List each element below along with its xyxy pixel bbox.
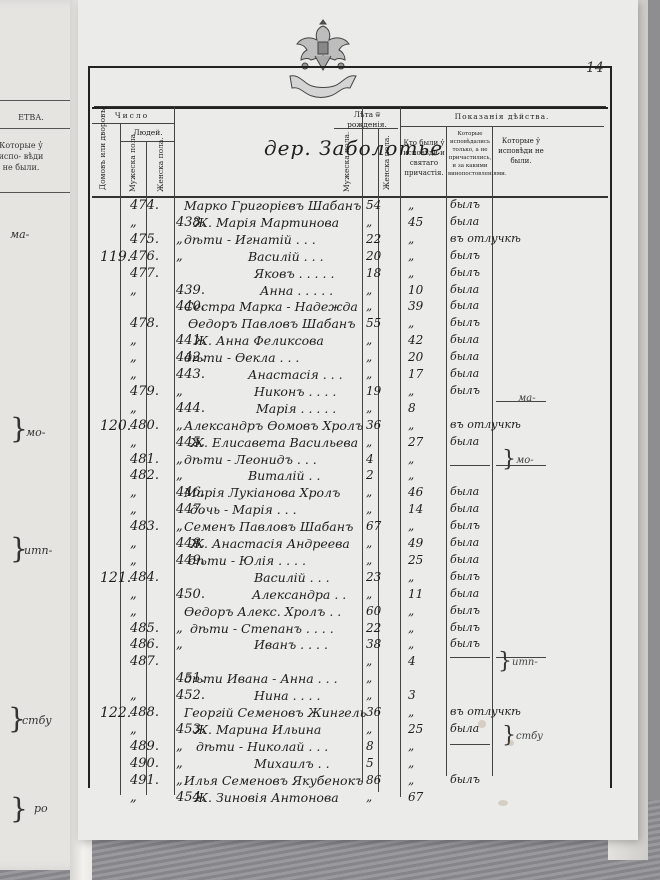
register-row: 119. 476. „ Василій . . . 20 „ былъ xyxy=(78,249,638,267)
register-row: 451. дѣти Ивана - Анна . . . „ xyxy=(78,671,638,689)
age-female: 17 xyxy=(408,367,423,381)
register-row: „ 441. Ж. Анна Феликсова „ 42 была xyxy=(78,333,638,351)
age-male: „ xyxy=(366,671,372,685)
age-male: 54 xyxy=(366,198,381,212)
left-page-header-top: ЕТВА. xyxy=(0,112,66,123)
male-count: „ xyxy=(130,333,137,348)
age-male: 86 xyxy=(366,773,381,787)
confession-status: былъ xyxy=(450,621,480,634)
age-female: „ xyxy=(408,316,414,330)
house-number: 120. xyxy=(100,418,131,434)
paper-stain xyxy=(478,720,486,728)
age-male: 55 xyxy=(366,316,381,330)
confession-status: былъ xyxy=(450,384,480,397)
male-count: 480. xyxy=(130,418,159,433)
register-row: 440. Сестра Марка - Надежда „ 39 была xyxy=(78,299,638,317)
right-margin-note: итп- xyxy=(512,657,538,668)
age-male: 5 xyxy=(366,756,374,770)
person-name: Анна . . . . . xyxy=(260,283,333,298)
age-male: „ xyxy=(366,587,372,601)
age-female: „ xyxy=(408,266,414,280)
female-count: „ xyxy=(176,519,183,534)
header-not-confessed: Которые у̓ исповѣди не были. xyxy=(498,136,544,166)
register-row: 479. „ Никонъ . . . . 19 „ былъ xyxy=(78,384,638,402)
left-margin-note: мо- xyxy=(26,426,45,439)
male-count: „ xyxy=(130,502,137,517)
person-name: Михаилъ . . xyxy=(254,756,330,771)
confession-status: былъ xyxy=(450,773,480,786)
age-female: „ xyxy=(408,621,414,635)
register-row: 483. „ Семенъ Павловъ Шабанъ 67 „ былъ xyxy=(78,519,638,537)
age-male: „ xyxy=(366,401,372,415)
female-count: „ xyxy=(176,637,183,652)
age-male: 36 xyxy=(366,418,381,432)
male-count: „ xyxy=(130,350,137,365)
register-row: 474. Марко Григорієвъ Шабанъ 54 „ былъ xyxy=(78,198,638,216)
age-male: 38 xyxy=(366,637,381,651)
person-name: Өедоръ Алекс. Хролъ . . xyxy=(184,604,341,619)
confession-status: былъ xyxy=(450,604,480,617)
male-count: 488. xyxy=(130,705,159,720)
house-number: 122. xyxy=(100,705,131,721)
male-count: 485. xyxy=(130,621,159,636)
age-female: 67 xyxy=(408,790,423,804)
male-count: 478. xyxy=(130,316,159,331)
register-row: 120. 480. „ Александръ Өомовъ Хролъ 36 „… xyxy=(78,418,638,436)
header-rule xyxy=(400,126,604,127)
register-row: „ 450. Александра . . „ 11 была xyxy=(78,587,638,605)
right-margin-note: ма- xyxy=(518,393,536,404)
age-male: 18 xyxy=(366,266,381,280)
confession-status: была xyxy=(450,215,479,228)
person-name: Илья Семеновъ Якубенокъ xyxy=(184,773,363,788)
confession-status: въ отлучкѣ xyxy=(450,705,521,718)
confession-status: была xyxy=(450,333,479,346)
male-count: 484. xyxy=(130,570,159,585)
right-margin-note: стбу xyxy=(516,731,543,742)
female-count: 450. xyxy=(176,587,205,602)
age-female: „ xyxy=(408,418,414,432)
male-count: 483. xyxy=(130,519,159,534)
male-count: 490. xyxy=(130,756,159,771)
register-row: 478. Өедоръ Павловъ Шабанъ 55 „ былъ xyxy=(78,316,638,334)
male-count: 486. xyxy=(130,637,159,652)
person-name: Ж. Елисавета Васильева xyxy=(190,435,358,450)
register-row: „ 448. Ж. Анастасія Андреева „ 49 была xyxy=(78,536,638,554)
person-name: Яковъ . . . . . xyxy=(254,266,334,281)
female-count: 443. xyxy=(176,367,205,382)
person-name: Ж. Анастасія Андреева xyxy=(190,536,350,551)
female-count: „ xyxy=(176,384,183,399)
person-name: Сестра Марка - Надежда xyxy=(184,299,358,314)
person-name: Өедоръ Павловъ Шабанъ xyxy=(188,316,355,331)
female-count: „ xyxy=(176,756,183,771)
left-page-rule xyxy=(0,100,75,101)
male-count: 475. xyxy=(130,232,159,247)
person-name: Василій . . . xyxy=(248,249,324,264)
confession-status: была xyxy=(450,722,479,735)
register-row: „ 443. Анастасія . . . „ 17 была xyxy=(78,367,638,385)
person-name: Никонъ . . . . xyxy=(254,384,336,399)
age-male: „ xyxy=(366,435,372,449)
house-number: 119. xyxy=(100,249,131,265)
male-count: „ xyxy=(130,553,137,568)
age-female: 42 xyxy=(408,333,423,347)
age-male: 2 xyxy=(366,468,374,482)
female-count: „ xyxy=(176,232,183,247)
female-count: 439. xyxy=(176,283,205,298)
age-male: „ xyxy=(366,502,372,516)
age-male: 22 xyxy=(366,621,381,635)
age-female: „ xyxy=(408,705,414,719)
age-female: „ xyxy=(408,570,414,584)
age-female: 25 xyxy=(408,553,423,567)
male-count: 487. xyxy=(130,654,159,669)
register-row: 487. „ 4 xyxy=(78,654,638,672)
person-name: Нина . . . . xyxy=(254,688,320,703)
header-female: Женска пола. xyxy=(156,146,165,192)
age-male: 20 xyxy=(366,249,381,263)
person-name: дѣти - Леонидъ . . . xyxy=(184,452,317,467)
age-female: „ xyxy=(408,604,414,618)
header-confessed: Кто были у̓ исповѣди и святаго причастія… xyxy=(402,138,446,178)
header-number-group: Число xyxy=(102,111,162,121)
confession-status: былъ xyxy=(450,570,480,583)
age-male: „ xyxy=(366,790,372,804)
female-count: „ xyxy=(176,621,183,636)
header-age-female: Женска пола. xyxy=(382,134,391,192)
register-row: „ 444. Марія . . . . . „ 8 xyxy=(78,401,638,419)
age-female: 39 xyxy=(408,299,423,313)
person-name: дѣти - Игнатій . . . xyxy=(184,232,316,247)
register-row: 482. „ Виталій . . 2 „ xyxy=(78,468,638,486)
left-margin-note: стбу xyxy=(22,714,52,727)
person-name: Иванъ . . . . xyxy=(254,637,328,652)
confession-status: была xyxy=(450,367,479,380)
age-male: 36 xyxy=(366,705,381,719)
female-count: 444. xyxy=(176,401,205,416)
age-male: „ xyxy=(366,333,372,347)
female-count: „ xyxy=(176,468,183,483)
female-count: „ xyxy=(176,249,183,264)
register-row: 485. „ дѣти - Степанъ . . . . 22 „ былъ xyxy=(78,621,638,639)
age-female: „ xyxy=(408,249,414,263)
male-count: 481. xyxy=(130,452,159,467)
age-female: 27 xyxy=(408,435,423,449)
male-count: 482. xyxy=(130,468,159,483)
left-page-rule xyxy=(0,192,75,193)
header-confessed-only: Которые исповѣдались только, а не причас… xyxy=(448,130,492,178)
dash-line xyxy=(450,657,490,658)
register-page: 14 Число Людей. Домовъ или дворовъ. Муже… xyxy=(78,0,638,840)
age-male: „ xyxy=(366,654,372,668)
age-female: „ xyxy=(408,773,414,787)
male-count: „ xyxy=(130,367,137,382)
left-margin-note: ма- xyxy=(10,228,29,241)
female-count: „ xyxy=(176,739,183,754)
age-female: 49 xyxy=(408,536,423,550)
age-female: 25 xyxy=(408,722,423,736)
house-number: 121. xyxy=(100,570,131,586)
person-name: Ж. Марія Мартинова xyxy=(194,215,339,230)
header-age-male: Мужеска пола. xyxy=(342,134,351,192)
male-count: „ xyxy=(130,215,137,230)
male-count: „ xyxy=(130,435,137,450)
person-name: Георгій Семеновъ Жингель xyxy=(184,705,366,720)
brace-icon: } xyxy=(498,648,512,676)
person-name: Виталій . . xyxy=(248,468,320,483)
male-count: 474. xyxy=(130,198,159,213)
confession-status: была xyxy=(450,587,479,600)
person-name: Анастасія . . . xyxy=(248,367,343,382)
male-count: „ xyxy=(130,604,137,619)
dash-line xyxy=(450,744,490,745)
male-count: 476. xyxy=(130,249,159,264)
female-count: „ xyxy=(176,452,183,467)
confession-status: въ отлучкѣ xyxy=(450,232,521,245)
left-page-column-header: Которые у̓ испо- вѣди не были. xyxy=(0,140,46,173)
register-row: „ 454. Ж. Зиновія Антонова „ 67 xyxy=(78,790,638,808)
age-male: „ xyxy=(366,299,372,313)
person-name: Александра . . xyxy=(252,587,346,602)
age-male: „ xyxy=(366,553,372,567)
person-name: Александръ Өомовъ Хролъ xyxy=(184,418,363,433)
age-female: 8 xyxy=(408,401,416,415)
age-male: „ xyxy=(366,215,372,229)
confession-status: былъ xyxy=(450,266,480,279)
male-count: „ xyxy=(130,722,137,737)
male-count: „ xyxy=(130,790,137,805)
dash-line xyxy=(450,465,490,466)
age-female: 10 xyxy=(408,283,423,297)
register-row: 491. „ Илья Семеновъ Якубенокъ 86 „ былъ xyxy=(78,773,638,791)
age-male: „ xyxy=(366,367,372,381)
age-female: 11 xyxy=(408,587,423,601)
age-male: 19 xyxy=(366,384,381,398)
confession-status: была xyxy=(450,435,479,448)
confession-status: была xyxy=(450,536,479,549)
confession-status: была xyxy=(450,553,479,566)
confession-status: была xyxy=(450,502,479,515)
age-female: „ xyxy=(408,232,414,246)
age-male: „ xyxy=(366,536,372,550)
header-age-group: Лѣта ѿ рожденія. xyxy=(336,110,398,130)
paper-stain xyxy=(508,740,514,746)
age-male: „ xyxy=(366,350,372,364)
register-row: 490. „ Михаилъ . . 5 „ xyxy=(78,756,638,774)
age-female: „ xyxy=(408,198,414,212)
register-row: 477. Яковъ . . . . . 18 „ былъ xyxy=(78,266,638,284)
left-margin-note: итп- xyxy=(24,544,52,557)
confession-status: была xyxy=(450,350,479,363)
person-name: дѣти - Өекла . . . xyxy=(184,350,299,365)
confession-status: была xyxy=(450,299,479,312)
age-female: 3 xyxy=(408,688,416,702)
age-female: 20 xyxy=(408,350,423,364)
male-count: „ xyxy=(130,485,137,500)
male-count: 479. xyxy=(130,384,159,399)
confession-status: былъ xyxy=(450,637,480,650)
confession-status: былъ xyxy=(450,249,480,262)
paper-stain xyxy=(498,800,508,806)
confession-status: въ отлучкѣ xyxy=(450,418,521,431)
register-row: 486. „ Иванъ . . . . 38 „ былъ xyxy=(78,637,638,655)
age-female: „ xyxy=(408,756,414,770)
person-name: дѣти - Степанъ . . . . xyxy=(190,621,334,636)
left-margin-note: ро xyxy=(34,802,48,815)
age-male: 8 xyxy=(366,739,374,753)
person-name: Семенъ Павловъ Шабанъ xyxy=(184,519,353,534)
person-name: Василій . . . xyxy=(254,570,330,585)
register-row: „ Өедоръ Алекс. Хролъ . . 60 „ былъ xyxy=(78,604,638,622)
register-row: „ 439. Анна . . . . . „ 10 была xyxy=(78,283,638,301)
female-count: „ xyxy=(176,773,183,788)
age-male: „ xyxy=(366,722,372,736)
female-count: 452. xyxy=(176,688,205,703)
register-row: „ 445. Ж. Елисавета Васильева „ 27 была xyxy=(78,435,638,453)
age-male: 4 xyxy=(366,452,374,466)
confession-status: былъ xyxy=(450,519,480,532)
person-name: дѣти - Юлія . . . . xyxy=(188,553,306,568)
male-count: „ xyxy=(130,536,137,551)
confession-status: былъ xyxy=(450,316,480,329)
person-name: Ж. Зиновія Антонова xyxy=(194,790,339,805)
male-count: „ xyxy=(130,587,137,602)
age-male: 23 xyxy=(366,570,381,584)
register-row: „ 442. дѣти - Өекла . . . „ 20 была xyxy=(78,350,638,368)
age-female: 46 xyxy=(408,485,423,499)
confession-status: была xyxy=(450,283,479,296)
person-name: дѣти - Николай . . . xyxy=(196,739,328,754)
male-count: „ xyxy=(130,283,137,298)
male-count: 489. xyxy=(130,739,159,754)
register-row: 121. 484. Василій . . . 23 „ былъ xyxy=(78,570,638,588)
register-row: 122. 488. Георгій Семеновъ Жингель 36 „ … xyxy=(78,705,638,723)
register-row: „ 453. Ж. Марина Ильина „ 25 была xyxy=(78,722,638,740)
age-male: 22 xyxy=(366,232,381,246)
brace-icon: } xyxy=(10,795,28,823)
register-row: 489. „ дѣти - Николай . . . 8 „ xyxy=(78,739,638,757)
header-top-rule xyxy=(92,107,608,109)
header-male: Мужеска пола. xyxy=(128,146,137,192)
header-confession-group: Показанія дѣйства. xyxy=(402,112,602,122)
male-count: „ xyxy=(130,401,137,416)
person-name: Марія . . . . . xyxy=(256,401,336,416)
person-name: дочь - Марія . . . xyxy=(190,502,297,517)
age-male: „ xyxy=(366,485,372,499)
female-count: „ xyxy=(176,418,183,433)
age-female: 45 xyxy=(408,215,423,229)
register-row: „ 452. Нина . . . . „ 3 xyxy=(78,688,638,706)
person-name: Ж. Марина Ильина xyxy=(194,722,321,737)
male-count: „ xyxy=(130,688,137,703)
age-male: „ xyxy=(366,283,372,297)
male-count: 491. xyxy=(130,773,159,788)
age-female: „ xyxy=(408,468,414,482)
right-margin-note: мо- xyxy=(516,455,534,466)
age-female: 4 xyxy=(408,654,416,668)
age-female: „ xyxy=(408,519,414,533)
register-row: 475. „ дѣти - Игнатій . . . 22 „ въ отлу… xyxy=(78,232,638,250)
person-name: Марко Григорієвъ Шабанъ xyxy=(184,198,361,213)
register-row: „ 446. Марія Лукіанова Хролъ „ 46 была xyxy=(78,485,638,503)
age-female: „ xyxy=(408,637,414,651)
age-female: „ xyxy=(408,739,414,753)
left-page-rule xyxy=(0,128,75,129)
age-female: 14 xyxy=(408,502,423,516)
age-female: „ xyxy=(408,384,414,398)
confession-status: былъ xyxy=(450,198,480,211)
age-male: 67 xyxy=(366,519,381,533)
brace-icon: } xyxy=(502,446,516,474)
age-female: „ xyxy=(408,452,414,466)
person-name: дѣти Ивана - Анна . . . xyxy=(184,671,338,686)
register-row: „ 447. дочь - Марія . . . „ 14 была xyxy=(78,502,638,520)
person-name: Ж. Анна Феликсова xyxy=(194,333,324,348)
male-count: 477. xyxy=(130,266,159,281)
register-row: „ 449. дѣти - Юлія . . . . „ 25 была xyxy=(78,553,638,571)
age-male: „ xyxy=(366,688,372,702)
header-houses: Домовъ или дворовъ. xyxy=(98,130,107,190)
age-male: 60 xyxy=(366,604,381,618)
register-row: „ 438. Ж. Марія Мартинова „ 45 была xyxy=(78,215,638,233)
person-name: Марія Лукіанова Хролъ xyxy=(184,485,340,500)
register-row: 481. „ дѣти - Леонидъ . . . 4 „ xyxy=(78,452,638,470)
confession-status: была xyxy=(450,485,479,498)
